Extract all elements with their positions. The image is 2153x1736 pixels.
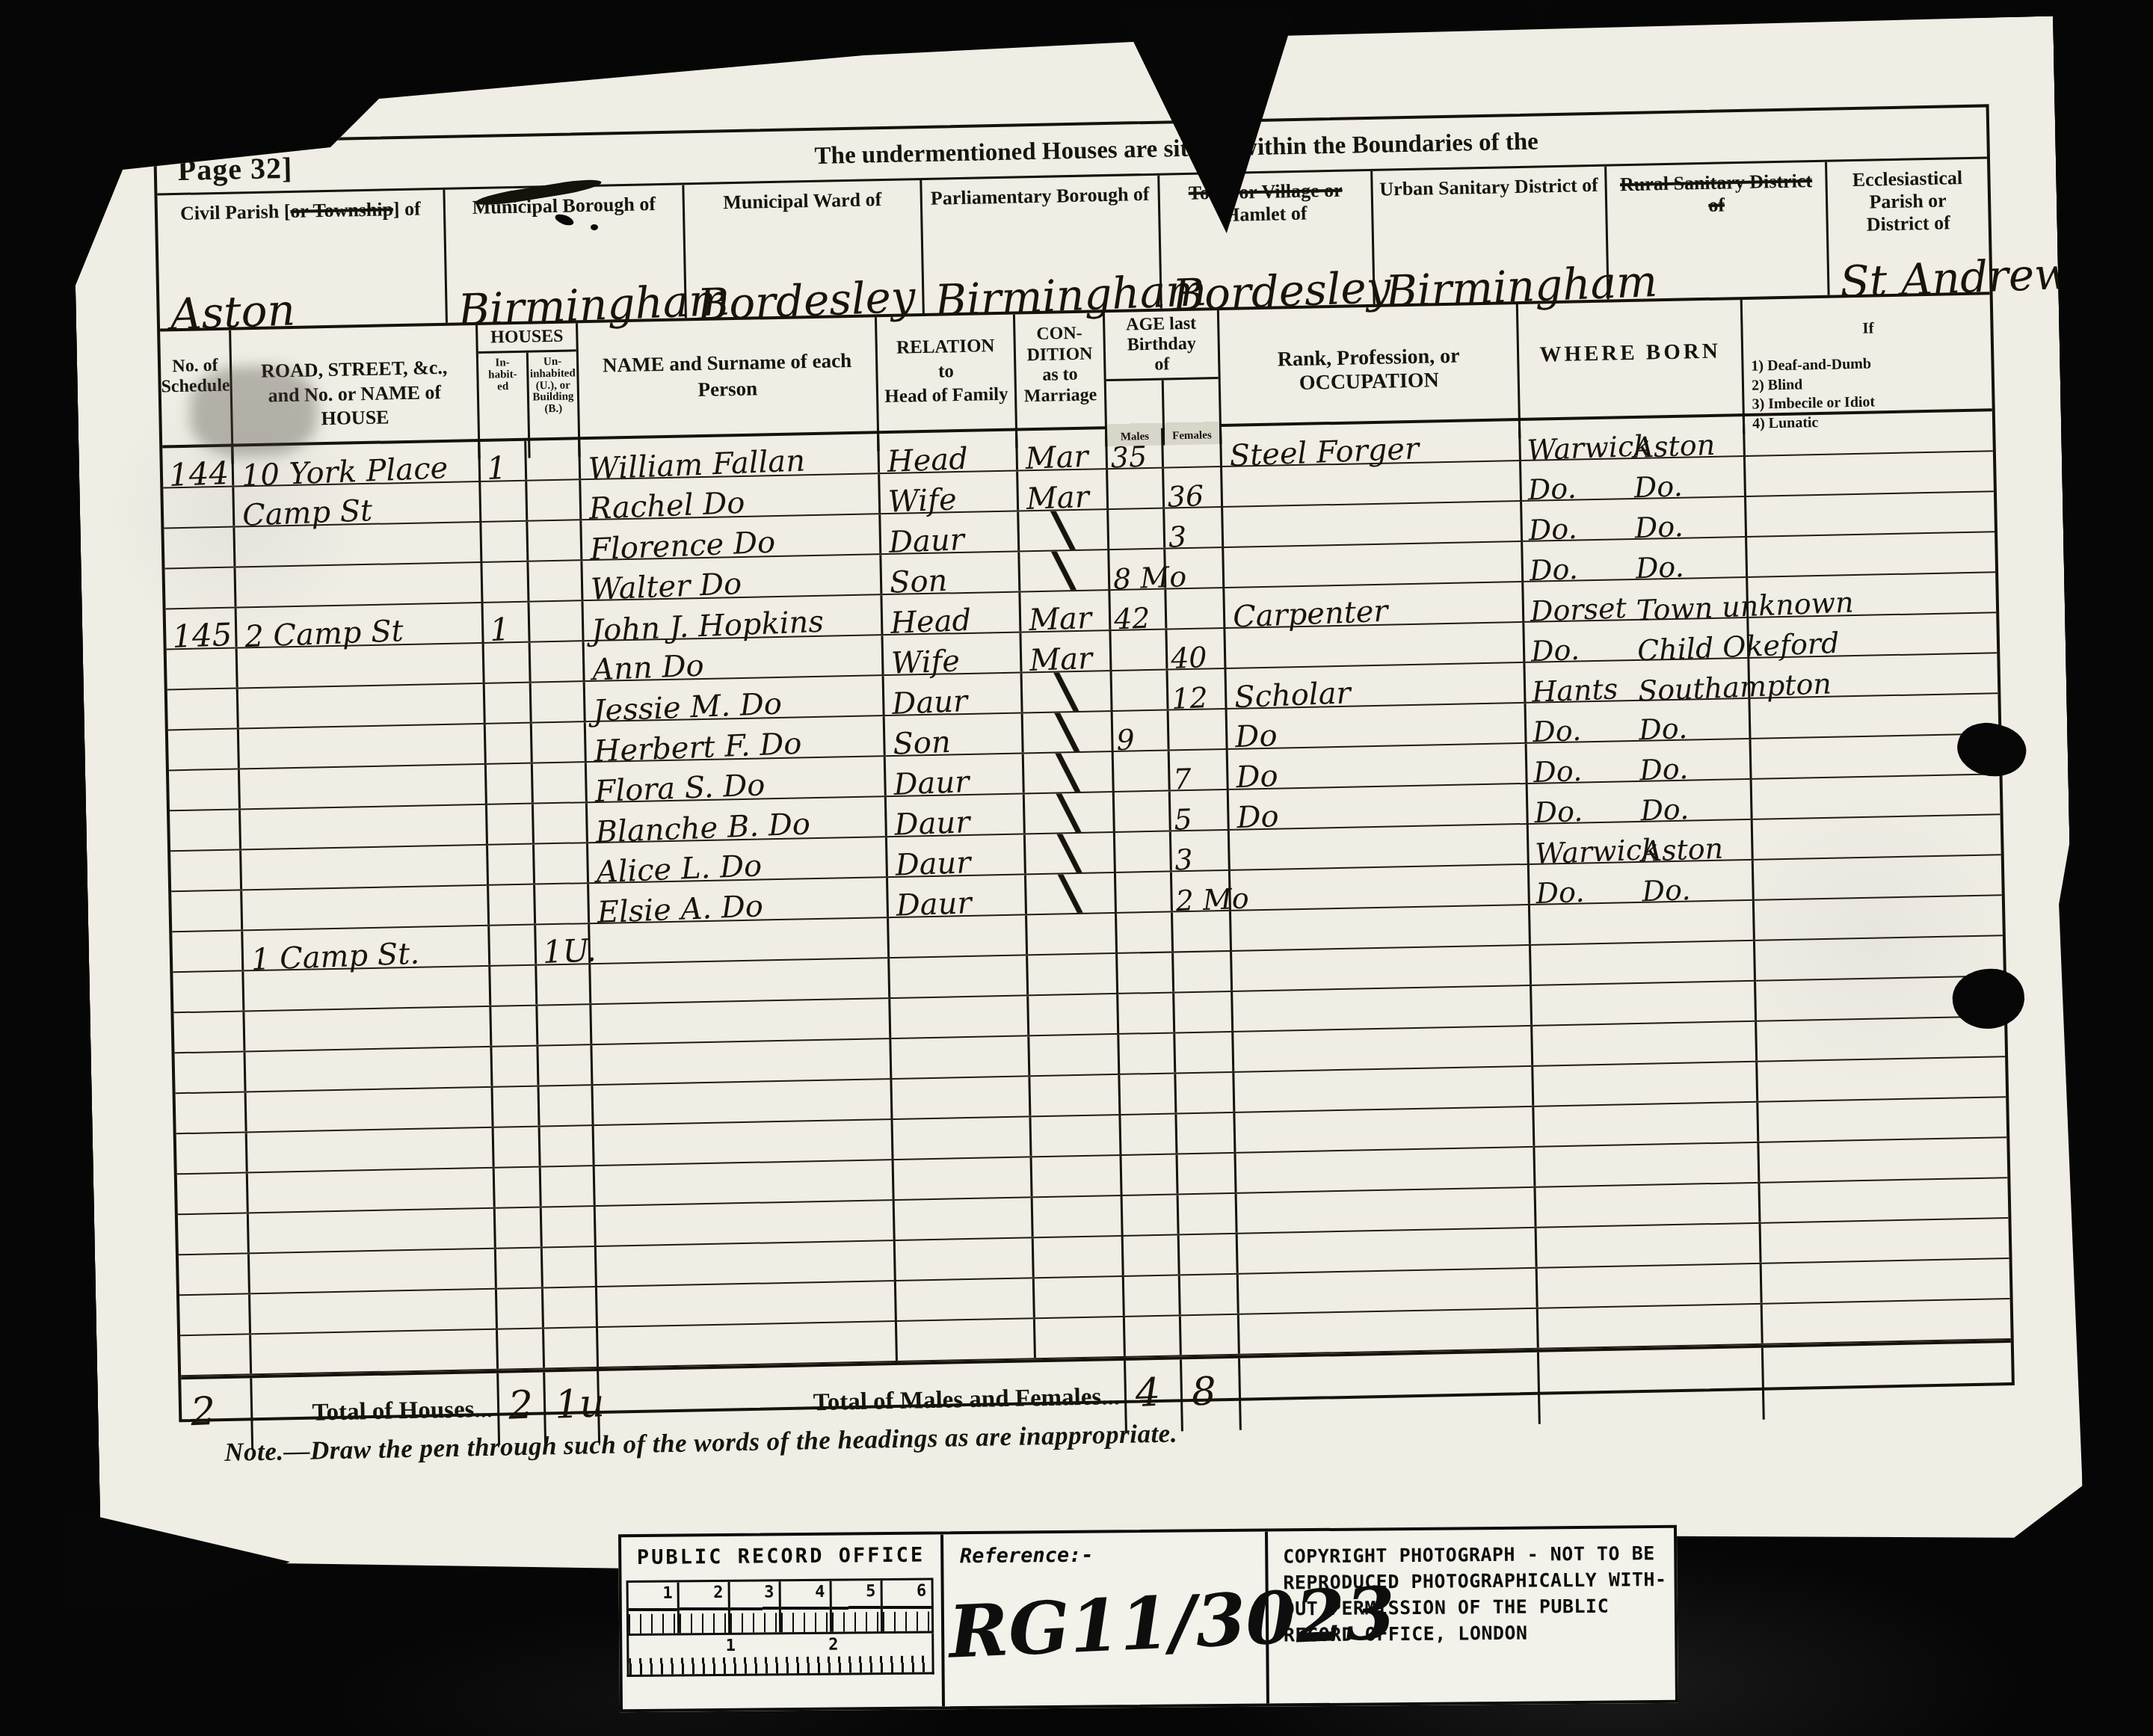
cell-age-female xyxy=(1174,992,1233,1032)
hamlet-value: Bordesley xyxy=(1171,262,1392,321)
cell-infirmities xyxy=(1745,411,1993,455)
cell-age-male xyxy=(1124,1235,1180,1275)
cell-condition xyxy=(1023,712,1114,752)
cell-inhabited xyxy=(481,481,528,521)
cell-occupation xyxy=(1230,865,1530,910)
cell-infirmities xyxy=(1763,1299,2011,1343)
cell-uninhabited xyxy=(544,1328,599,1367)
cell-inhabited xyxy=(484,643,532,683)
cell-where-born: Do.Do. xyxy=(1521,457,1746,500)
cell-name: Jessie M. Do xyxy=(585,676,885,721)
cell-name xyxy=(593,1080,893,1124)
cell-relation xyxy=(894,1157,1033,1199)
cell-age-male: 8 Mo xyxy=(1109,550,1166,589)
cell-where-born xyxy=(1536,1184,1761,1227)
cell-uninhabited xyxy=(541,1166,596,1206)
cell-name xyxy=(594,1120,894,1165)
cell-age-female xyxy=(1179,1194,1238,1234)
cell-infirmities xyxy=(1760,1178,2008,1222)
cell-inhabited xyxy=(490,966,538,1006)
cell-age-female: 36 xyxy=(1164,467,1223,508)
cell-where-born xyxy=(1532,982,1757,1025)
cell-condition: Mar xyxy=(1021,631,1112,671)
cell-road xyxy=(238,644,485,688)
cell-occupation xyxy=(1233,1026,1533,1071)
municipal-ward-value: Bordesley xyxy=(696,271,917,330)
cell-schedule xyxy=(163,487,235,528)
cell-age-female: 40 xyxy=(1167,629,1226,669)
cell-age-male xyxy=(1118,993,1175,1032)
cell-schedule xyxy=(172,931,244,971)
cell-occupation: Do xyxy=(1228,744,1528,789)
cell-where-born xyxy=(1537,1224,1762,1267)
cell-uninhabited xyxy=(537,964,591,1004)
cell-uninhabited: 1U. xyxy=(536,924,591,964)
cell-uninhabited xyxy=(535,843,589,883)
cell-relation: Daur xyxy=(887,834,1026,876)
cell-name xyxy=(591,999,891,1044)
municipal-borough-value: Birmingham xyxy=(457,274,730,336)
cell-infirmities xyxy=(1758,1098,2006,1142)
cell-infirmities xyxy=(1746,492,1995,536)
cell-schedule xyxy=(178,1213,250,1254)
cell-infirmities xyxy=(1758,1057,2006,1101)
cell-schedule xyxy=(173,971,244,1012)
cell-occupation xyxy=(1237,1188,1537,1233)
film-mark-stem xyxy=(1535,3,1541,25)
cell-condition xyxy=(1032,1156,1123,1196)
cell-relation xyxy=(893,1117,1032,1159)
cell-occupation xyxy=(1236,1148,1536,1192)
cell-schedule xyxy=(180,1335,252,1375)
table-body: 144 10 York Place 1 William Fallan Head … xyxy=(162,411,2010,1376)
cell-where-born: Do.Do. xyxy=(1522,497,1747,541)
cell-age-male xyxy=(1114,751,1171,791)
cell-where-born: Do.Child Okeford xyxy=(1524,618,1749,662)
cell-age-female xyxy=(1180,1234,1239,1275)
ink-speck-small xyxy=(591,224,598,230)
cell-schedule xyxy=(169,769,241,810)
cell-road xyxy=(239,724,487,769)
cell-uninhabited xyxy=(540,1126,595,1166)
cell-road xyxy=(236,563,484,607)
ruler-inches: 1 2 xyxy=(626,1634,934,1678)
cell-condition xyxy=(1027,914,1118,954)
cell-infirmities xyxy=(1762,1259,2010,1303)
cell-road xyxy=(242,886,490,930)
cell-road xyxy=(244,967,491,1011)
cell-road xyxy=(238,684,486,728)
cell-occupation: Do xyxy=(1228,704,1527,748)
cell-inhabited xyxy=(490,926,537,965)
cell-occupation: Carpenter xyxy=(1225,582,1524,627)
cell-occupation xyxy=(1234,1067,1534,1112)
district-civil-parish: Civil Parish [or Township] of Aston xyxy=(157,190,447,329)
cell-relation xyxy=(890,996,1029,1038)
census-page-sheet: Page 32] The undermentioned Houses are s… xyxy=(71,16,2084,1587)
cell-name: John J. Hopkins xyxy=(583,595,883,640)
cell-inhabited xyxy=(493,1087,540,1127)
cell-name xyxy=(598,1322,898,1367)
cell-inhabited xyxy=(487,804,535,844)
cell-condition xyxy=(1026,873,1117,914)
header-houses: HOUSES In- habit- ed Un- inhabited (U.),… xyxy=(478,323,581,459)
ink-smudge xyxy=(189,365,318,457)
cell-uninhabited xyxy=(532,682,586,721)
cell-inhabited xyxy=(488,845,535,884)
totals-females-cell: 8 xyxy=(1182,1358,1242,1432)
cell-occupation xyxy=(1231,905,1531,950)
cell-condition xyxy=(1020,550,1110,591)
cell-age-male xyxy=(1111,630,1168,670)
district-parliamentary-borough: Parliamentary Borough of Birmingham xyxy=(922,176,1162,313)
cell-age-female xyxy=(1173,911,1232,952)
cell-road: 2 Camp St xyxy=(237,603,484,647)
cell-occupation xyxy=(1223,502,1523,547)
cell-occupation xyxy=(1239,1269,1538,1314)
photograph-background: Page 32] The undermentioned Houses are s… xyxy=(0,0,2153,1736)
cell-where-born xyxy=(1538,1264,1763,1308)
cell-where-born: DorsetTown unknown xyxy=(1524,578,1749,621)
cell-inhabited xyxy=(487,764,534,804)
cell-where-born xyxy=(1534,1103,1759,1146)
cell-name xyxy=(591,958,890,1003)
civil-parish-value: Aston xyxy=(169,284,296,340)
cell-uninhabited xyxy=(527,480,582,520)
cell-age-male xyxy=(1118,952,1174,992)
cell-relation xyxy=(892,1077,1031,1118)
cell-infirmities xyxy=(1759,1138,2007,1182)
cell-condition xyxy=(1024,752,1115,792)
cell-infirmities xyxy=(1749,613,1997,657)
cell-condition xyxy=(1030,1075,1121,1115)
cell-occupation xyxy=(1225,623,1525,668)
cell-condition xyxy=(1035,1277,1125,1317)
cell-age-male xyxy=(1117,912,1174,952)
cell-relation xyxy=(896,1238,1035,1280)
cell-schedule xyxy=(175,1052,247,1092)
cell-name: Herbert F. Do xyxy=(586,716,886,761)
cell-schedule xyxy=(176,1133,248,1173)
cell-road xyxy=(249,1209,496,1253)
cell-where-born xyxy=(1533,1062,1758,1106)
cell-condition xyxy=(1035,1317,1126,1358)
cell-age-male xyxy=(1115,791,1171,831)
cell-age-male xyxy=(1116,872,1173,911)
cell-name: Flora S. Do xyxy=(587,757,887,801)
cell-inhabited xyxy=(496,1207,543,1247)
cell-infirmities xyxy=(1761,1219,2009,1263)
cell-name: Elsie A. Do xyxy=(589,878,889,923)
cell-relation xyxy=(895,1198,1034,1240)
cell-occupation xyxy=(1235,1107,1535,1152)
cell-schedule xyxy=(173,1012,245,1052)
cell-condition xyxy=(1029,994,1119,1035)
cell-relation: Daur xyxy=(886,754,1025,795)
cell-name xyxy=(597,1241,896,1286)
cell-age-female xyxy=(1181,1315,1240,1355)
cell-road xyxy=(248,1169,496,1213)
cell-road: 1 Camp St. xyxy=(243,926,490,970)
cell-age-female xyxy=(1166,588,1225,629)
cell-road xyxy=(247,1128,495,1172)
cell-road xyxy=(241,805,488,849)
cell-road xyxy=(251,1330,499,1374)
pro-stamp-reference-section: Reference:- RG11/3023 xyxy=(943,1532,1269,1707)
cell-name xyxy=(592,1039,892,1084)
cell-relation: Son xyxy=(885,713,1024,755)
cell-age-male: 35 xyxy=(1107,428,1164,468)
cell-road: Camp St xyxy=(234,482,481,526)
cell-relation xyxy=(897,1319,1036,1361)
cell-age-male xyxy=(1124,1275,1181,1315)
cell-inhabited xyxy=(494,1127,541,1167)
cell-age-male xyxy=(1121,1114,1177,1154)
cell-occupation: Scholar xyxy=(1226,663,1526,708)
cell-age-female xyxy=(1180,1275,1239,1315)
cell-schedule xyxy=(170,850,242,890)
cell-inhabited xyxy=(485,683,532,723)
cell-occupation xyxy=(1232,946,1532,991)
cell-relation xyxy=(896,1278,1035,1320)
cell-road xyxy=(250,1249,497,1293)
cell-where-born: WarwickAston xyxy=(1529,820,1754,864)
cell-relation: Daur xyxy=(887,794,1026,836)
cell-age-male xyxy=(1115,831,1172,871)
cell-age-female xyxy=(1176,1073,1235,1113)
cell-name xyxy=(595,1160,895,1205)
cell-infirmities xyxy=(1753,815,2001,859)
cell-age-male xyxy=(1112,671,1169,710)
cell-schedule xyxy=(167,689,239,729)
cell-inhabited: 1 xyxy=(484,603,531,642)
cell-where-born: WarwickAston xyxy=(1521,416,1746,460)
parliamentary-borough-value: Birmingham xyxy=(934,265,1207,326)
cell-uninhabited xyxy=(535,884,590,923)
cell-relation: Daur xyxy=(881,511,1020,553)
cell-infirmities xyxy=(1752,775,2000,819)
cell-inhabited xyxy=(491,1006,538,1046)
district-town-village-hamlet: Town or Village or Hamlet of Bordesley xyxy=(1159,171,1376,309)
cell-age-female xyxy=(1177,1113,1236,1154)
page-title: The undermentioned Houses are situate wi… xyxy=(814,128,1538,170)
cell-name: Walter Do xyxy=(582,555,882,600)
cell-road xyxy=(246,1047,493,1092)
cell-relation xyxy=(890,955,1029,997)
cell-age-female: 3 xyxy=(1171,831,1230,871)
cell-inhabited: 1 xyxy=(480,441,527,481)
printed-frame: Page 32] The undermentioned Houses are s… xyxy=(153,104,2015,1422)
cell-road xyxy=(235,523,482,567)
cell-inhabited xyxy=(482,562,529,602)
cell-age-female xyxy=(1174,952,1233,992)
cell-schedule xyxy=(168,729,240,769)
cell-where-born: Do.Do. xyxy=(1526,699,1751,742)
ruler-scale: 1 2 3 4 5 6 1 2 xyxy=(626,1578,934,1704)
cell-where-born: Do.Do. xyxy=(1523,538,1748,581)
cell-road xyxy=(244,1007,492,1051)
cell-name: Ann Do xyxy=(585,635,884,680)
cell-schedule xyxy=(179,1294,251,1335)
cell-infirmities xyxy=(1755,896,2003,940)
cell-condition: Mar xyxy=(1020,591,1111,631)
cell-age-male xyxy=(1109,509,1165,549)
page-number: Page 32] xyxy=(177,150,292,188)
cell-age-male xyxy=(1125,1316,1182,1355)
cell-relation xyxy=(891,1036,1030,1078)
header-condition: CON- DITION as to Marriage xyxy=(1015,313,1108,449)
cell-where-born: Do.Do. xyxy=(1527,739,1752,783)
cell-where-born: Do.Do. xyxy=(1528,780,1753,823)
cell-schedule xyxy=(177,1173,249,1213)
cell-inhabited xyxy=(497,1288,544,1328)
cell-age-female: 12 xyxy=(1168,669,1228,710)
pro-stamp-title: PUBLIC RECORD OFFICE xyxy=(621,1534,940,1569)
cell-schedule xyxy=(171,890,243,931)
cell-road xyxy=(241,846,489,890)
pro-stamp: PUBLIC RECORD OFFICE 1 2 3 4 5 6 1 2 Ref… xyxy=(618,1525,1678,1712)
cell-relation: Son xyxy=(881,552,1020,594)
cell-where-born: Do.Do. xyxy=(1530,861,1755,904)
cell-road xyxy=(247,1088,494,1132)
cell-uninhabited xyxy=(529,561,583,600)
cell-schedule xyxy=(170,810,241,850)
cell-schedule xyxy=(165,568,237,609)
cell-occupation xyxy=(1238,1228,1538,1273)
cell-infirmities xyxy=(1750,694,1998,738)
cell-age-male xyxy=(1120,1074,1177,1113)
cell-age-female xyxy=(1169,710,1228,750)
cell-name: Florence Do xyxy=(582,514,881,559)
cell-uninhabited xyxy=(531,641,585,681)
cell-inhabited xyxy=(481,522,529,561)
cell-condition xyxy=(1028,954,1118,994)
cell-where-born xyxy=(1538,1305,1764,1348)
cell-road xyxy=(240,765,487,809)
cell-where-born xyxy=(1530,901,1755,944)
cell-relation: Head xyxy=(879,431,1018,473)
pro-stamp-ruler-section: PUBLIC RECORD OFFICE 1 2 3 4 5 6 1 2 xyxy=(621,1534,945,1709)
cell-age-male xyxy=(1119,1033,1176,1073)
cell-infirmities xyxy=(1755,936,2003,980)
cell-where-born xyxy=(1535,1143,1760,1186)
cell-name xyxy=(597,1281,897,1326)
cell-occupation: Steel Forger xyxy=(1222,421,1521,466)
cell-infirmities xyxy=(1749,653,1998,698)
cell-schedule xyxy=(179,1254,250,1294)
cell-schedule xyxy=(176,1092,247,1133)
cell-age-male xyxy=(1122,1154,1179,1194)
cell-occupation: Do xyxy=(1229,784,1529,829)
cell-where-born xyxy=(1533,1022,1758,1065)
cell-name: Blanche B. Do xyxy=(588,797,887,842)
cell-uninhabited xyxy=(534,803,588,843)
cell-condition xyxy=(1025,792,1115,833)
cell-inhabited xyxy=(498,1329,545,1368)
cell-occupation xyxy=(1222,461,1522,506)
district-municipal-borough: Municipal Borough of Birmingham xyxy=(445,185,687,322)
cell-uninhabited xyxy=(528,520,582,560)
cell-name: William Fallan xyxy=(580,434,880,478)
cell-relation xyxy=(889,915,1028,957)
cell-age-female xyxy=(1163,427,1222,467)
cell-uninhabited xyxy=(538,1005,592,1044)
cell-age-female: 2 Mo xyxy=(1172,871,1231,911)
cell-where-born: HantsSouthampton xyxy=(1525,659,1750,702)
cell-occupation xyxy=(1239,1309,1539,1354)
cell-where-born xyxy=(1531,941,1756,985)
cell-relation: Wife xyxy=(880,471,1019,513)
district-urban-sanitary: Urban Sanitary District of Birmingham xyxy=(1373,167,1610,304)
cell-uninhabited xyxy=(533,763,588,802)
cell-uninhabited xyxy=(543,1247,597,1287)
cell-schedule: 145 xyxy=(166,609,238,649)
cell-condition: Mar xyxy=(1018,470,1109,510)
cell-road xyxy=(250,1290,498,1334)
district-municipal-ward: Municipal Ward of Bordesley xyxy=(684,180,925,318)
cell-schedule xyxy=(167,649,238,689)
urban-sanitary-value: Birmingham xyxy=(1384,256,1658,317)
cell-relation: Daur xyxy=(888,875,1027,917)
cell-uninhabited xyxy=(532,722,587,762)
cell-condition xyxy=(1019,510,1109,550)
cell-occupation xyxy=(1233,986,1533,1031)
cell-condition xyxy=(1026,833,1116,873)
cell-age-female xyxy=(1165,548,1225,588)
cell-inhabited xyxy=(489,885,536,925)
cell-age-male xyxy=(1123,1195,1180,1234)
cell-schedule xyxy=(164,528,235,568)
cell-uninhabited xyxy=(538,1045,593,1085)
cell-condition: Mar xyxy=(1017,429,1108,470)
cell-uninhabited xyxy=(543,1287,598,1327)
cell-condition xyxy=(1034,1237,1124,1277)
cell-occupation xyxy=(1224,542,1524,587)
cell-uninhabited xyxy=(540,1086,594,1125)
cell-infirmities xyxy=(1754,855,2002,899)
cell-age-female: 7 xyxy=(1170,750,1229,790)
cell-age-male: 42 xyxy=(1110,590,1167,630)
cell-inhabited xyxy=(496,1248,543,1287)
ecclesiastical-value: St Andrews xyxy=(1839,247,2095,307)
cell-age-female xyxy=(1175,1032,1234,1073)
cell-relation: Head xyxy=(882,592,1021,634)
cell-uninhabited xyxy=(542,1207,597,1246)
cell-condition xyxy=(1029,1035,1120,1075)
cell-infirmities xyxy=(1746,452,1994,496)
cell-inhabited xyxy=(492,1047,539,1086)
cell-age-male xyxy=(1108,469,1165,508)
reference-label: Reference:- xyxy=(943,1532,1266,1569)
cell-name: Rachel Do xyxy=(581,474,881,519)
district-ecclesiastical: Ecclesiastical Parish or District of St … xyxy=(1827,158,1990,295)
cell-uninhabited xyxy=(526,440,581,479)
cell-name xyxy=(590,918,890,963)
cell-condition xyxy=(1031,1115,1121,1156)
cell-name xyxy=(596,1201,896,1246)
cell-age-male: 9 xyxy=(1113,711,1170,751)
cell-inhabited xyxy=(495,1167,542,1207)
cell-condition xyxy=(1033,1196,1124,1237)
cell-relation: Daur xyxy=(884,673,1023,715)
cell-age-female: 5 xyxy=(1171,790,1230,831)
cell-occupation xyxy=(1230,825,1530,869)
copyright-line: COPYRIGHT PHOTOGRAPH - NOT TO BE xyxy=(1283,1540,1666,1569)
cell-name: Alice L. Do xyxy=(588,837,888,882)
header-age: AGE last Birthday of Males Females xyxy=(1105,310,1222,446)
cell-age-female xyxy=(1178,1154,1237,1194)
cell-infirmities xyxy=(1748,573,1996,617)
